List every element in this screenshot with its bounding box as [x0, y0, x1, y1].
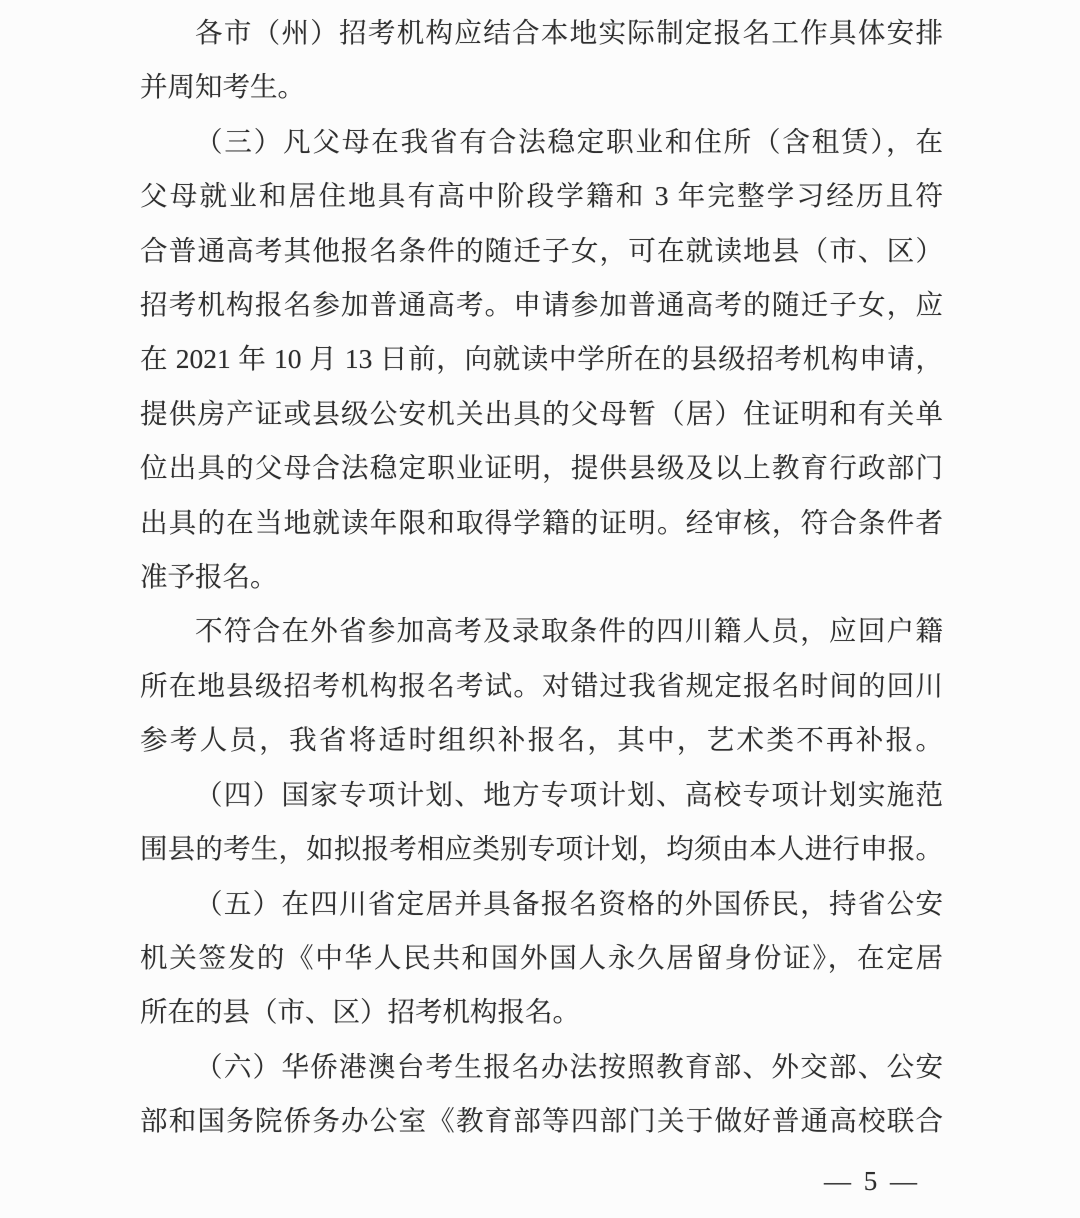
text-line: 准予报名。: [140, 550, 943, 604]
text-line: 招考机构报名参加普通高考。申请参加普通高考的随迁子女，应: [140, 278, 943, 332]
page-number: — 5 —: [824, 1166, 920, 1197]
text-line: 各市（州）招考机构应结合本地实际制定报名工作具体安排: [140, 6, 943, 60]
text-line: 围县的考生，如拟报考相应类别专项计划，均须由本人进行申报。: [140, 822, 943, 876]
text-line: 合普通高考其他报名条件的随迁子女，可在就读地县（市、区）: [140, 224, 943, 278]
text-line: 所在地县级招考机构报名考试。对错过我省规定报名时间的回川: [140, 659, 943, 713]
text-line: 位出具的父母合法稳定职业证明，提供县级及以上教育行政部门: [140, 441, 943, 495]
text-line: （四）国家专项计划、地方专项计划、高校专项计划实施范: [140, 768, 943, 822]
text-line: （六）华侨港澳台考生报名办法按照教育部、外交部、公安: [140, 1040, 943, 1094]
text-line: 参考人员，我省将适时组织补报名，其中，艺术类不再补报。: [140, 713, 943, 767]
text-line: （三）凡父母在我省有合法稳定职业和住所（含租赁），在: [140, 115, 943, 169]
text-line: （五）在四川省定居并具备报名资格的外国侨民，持省公安: [140, 877, 943, 931]
text-line: 所在的县（市、区）招考机构报名。: [140, 985, 943, 1039]
document-page: 各市（州）招考机构应结合本地实际制定报名工作具体安排并周知考生。（三）凡父母在我…: [0, 0, 1080, 1218]
text-line: 出具的在当地就读年限和取得学籍的证明。经审核，符合条件者: [140, 496, 943, 550]
text-line: 部和国务院侨务办公室《教育部等四部门关于做好普通高校联合: [140, 1094, 943, 1148]
text-line: 父母就业和居住地具有高中阶段学籍和 3 年完整学习经历且符: [140, 169, 943, 223]
text-line: 提供房产证或县级公安机关出具的父母暂（居）住证明和有关单: [140, 387, 943, 441]
text-line: 在 2021 年 10 月 13 日前，向就读中学所在的县级招考机构申请，: [140, 332, 943, 386]
text-line: 并周知考生。: [140, 60, 943, 114]
text-line: 不符合在外省参加高考及录取条件的四川籍人员，应回户籍: [140, 604, 943, 658]
text-line: 机关签发的《中华人民共和国外国人永久居留身份证》，在定居: [140, 931, 943, 985]
document-body: 各市（州）招考机构应结合本地实际制定报名工作具体安排并周知考生。（三）凡父母在我…: [140, 6, 943, 1149]
